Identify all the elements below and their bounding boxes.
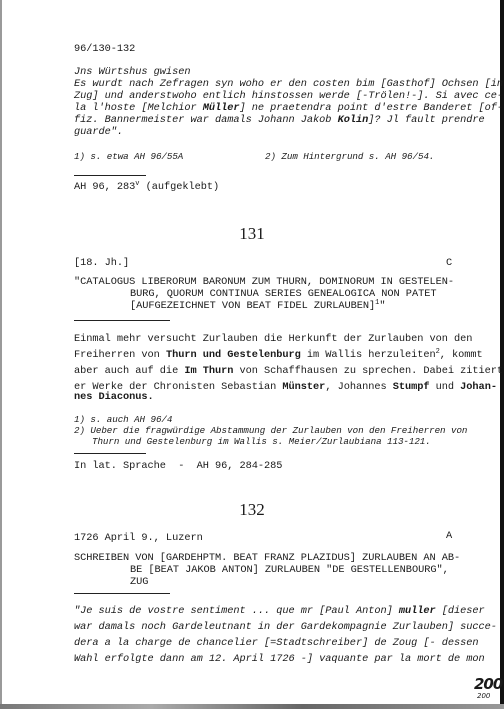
doc132-title-line-2: BE [BEAT JAKOB ANTON] ZURLAUBEN "DE GEST… [130,564,449,576]
text: Freiherren von [74,349,166,361]
text: ] ne praetendra point d'estre Banderet [… [240,102,504,114]
text: im Wallis herzuleiten [301,349,436,361]
doc130-line-1: Es wurdt nach Zefragen syn woho er den c… [74,78,503,90]
superscript: v [135,180,139,188]
doc130-title: Jns Würtshus gwisen [74,66,190,78]
text: [dieser [436,605,485,617]
text: la l'hoste [Melchior [74,102,203,114]
doc130-footnote-2: 2) Zum Hintergrund s. AH 96/54. [265,151,434,163]
doc132-title-line-3: ZUG [130,576,148,588]
text: ]? Jl fault prendre [368,114,484,126]
doc132-body-line-3: dera a la charge de chancelier [=Stadtsc… [74,637,479,649]
doc131-body-line-3: aber auch auf die Im Thurn von Schaffhau… [74,365,503,377]
page-edge-left [0,0,2,709]
doc132-body-line-1: "Je suis de vostre sentiment ... que mr … [74,605,485,617]
handwritten-page-number-small: 200 [477,692,490,700]
superscript: 1 [375,299,379,307]
doc132-number: 132 [0,500,504,520]
source-ref: AH 96, 283 [74,181,135,193]
bold-term: Münster [282,381,325,393]
header-reference: 96/130-132 [74,43,135,55]
doc131-date: [18. Jh.] [74,257,129,269]
text: "Je suis de vostre sentiment ... que mr … [74,605,399,617]
doc130-line-3: la l'hoste [Melchior Müller] ne praetend… [74,102,503,114]
text: Es wurdt nach Zefragen syn woho er den c… [74,78,503,90]
divider [74,175,146,176]
source-note: (aufgeklebt) [139,181,219,193]
text: von Schaffhausen zu sprechen. Dabei ziti… [233,365,503,377]
text: , Johannes [325,381,392,393]
handwritten-page-number: 200 [474,675,502,693]
divider [74,593,170,594]
doc131-source: In lat. Sprache - AH 96, 284-285 [74,460,282,472]
doc132-type: A [446,530,452,542]
doc130-line-2: Zug] und anderstwoho entlich hinstossen … [74,90,503,102]
text: Zug] und anderstwoho entlich hinstossen … [74,90,503,102]
doc131-title-line-3: [AUFGEZEICHNET VON BEAT FIDEL ZURLAUBEN]… [130,300,385,313]
bold-term: Im Thurn [184,365,233,377]
bold-term: Stumpf [393,381,430,393]
doc131-footnote-2-cont: Thurn und Gestelenburg im Wallis s. Meie… [92,436,431,448]
text: " [379,300,385,312]
doc131-body-line-1: Einmal mehr versucht Zurlauben die Herku… [74,333,472,345]
divider [74,453,146,454]
name-kolin: Kolin [338,114,369,126]
bold-term: Johan- [460,381,497,393]
doc131-number: 131 [0,224,504,244]
text: fiz. Bannermeister war damals Johann Jak… [74,114,338,126]
doc132-body-line-4: Wahl erfolgte dann am 12. April 1726 -] … [74,653,485,665]
doc132-title-line-1: SCHREIBEN VON [GARDEHPTM. BEAT FRANZ PLA… [74,552,460,564]
doc132-body-line-2: war damals noch Gardeleutnant in der Gar… [74,621,497,633]
doc130-source: AH 96, 283v (aufgeklebt) [74,181,219,194]
doc131-body-line-5: nes Diaconus. [74,391,154,403]
page-edge-bottom [0,704,504,709]
doc130-line-4: fiz. Bannermeister war damals Johann Jak… [74,114,485,126]
doc131-type: C [446,257,452,269]
doc131-title-line-2: BURG, QUORUM CONTINUA SERIES GENEALOGICA… [130,288,436,300]
superscript: 2 [436,348,440,356]
text: aber auch auf die [74,365,184,377]
text: und [430,381,461,393]
doc131-title-line-1: "CATALOGUS LIBERORUM BARONUM ZUM THURN, … [74,276,454,288]
bold-term: Thurn und Gestelenburg [166,349,301,361]
bold-term: muller [399,605,436,617]
doc131-body-line-2: Freiherren von Thurn und Gestelenburg im… [74,349,483,362]
doc130-line-5: guarde". [74,126,123,138]
name-mueller: Müller [203,102,240,114]
text: guarde". [74,126,123,138]
text: , kommt [440,349,483,361]
doc132-date: 1726 April 9., Luzern [74,532,203,544]
doc130-footnote-1: 1) s. etwa AH 96/55A [74,151,183,163]
divider [74,320,170,321]
text: [AUFGEZEICHNET VON BEAT FIDEL ZURLAUBEN] [130,300,375,312]
